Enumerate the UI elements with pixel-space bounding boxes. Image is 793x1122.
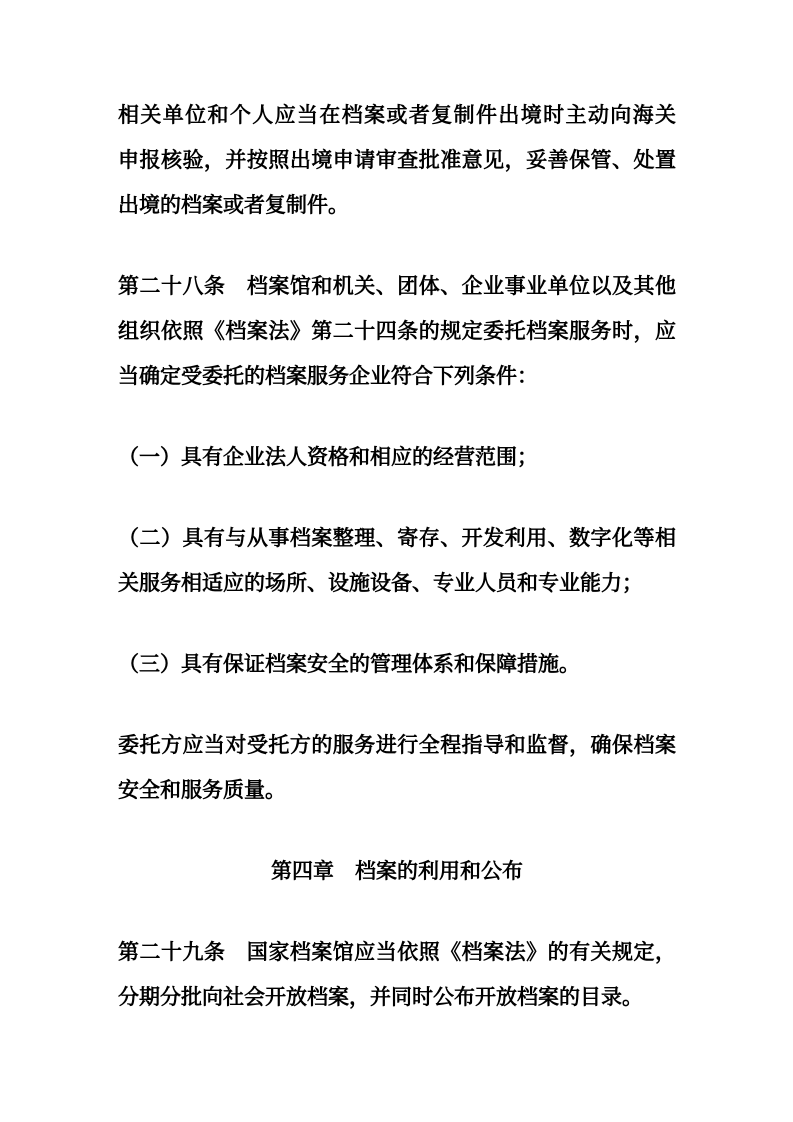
article-29-paragraph: 第二十九条 国家档案馆应当依照《档案法》的有关规定，分期分批向社会开放档案，并同… [118,930,676,1020]
paragraph-customs-declaration: 相关单位和个人应当在档案或者复制件出境时主动向海关申报核验，并按照出境申请审查批… [118,93,676,228]
article-28-paragraph-line-2: 组织依照《档案法》第二十四条的规定委托档案服务时，应 [118,309,676,354]
article-28-paragraph-line-3: 当确定受委托的档案服务企业符合下列条件： [118,354,676,399]
paragraph-supervision-line-1: 委托方应当对受托方的服务进行全程指导和监督，确保档案 [118,723,676,768]
condition-item-1-line-1: （一）具有企业法人资格和相应的经营范围； [118,435,676,480]
condition-item-2-line-1: （二）具有与从事档案整理、寄存、开发利用、数字化等相 [118,516,676,561]
chapter-4-heading-line-1: 第四章 档案的利用和公布 [118,849,676,894]
chapter-4-heading: 第四章 档案的利用和公布 [118,849,676,894]
article-29-paragraph-line-2: 分期分批向社会开放档案，并同时公布开放档案的目录。 [118,975,676,1020]
condition-item-3: （三）具有保证档案安全的管理体系和保障措施。 [118,642,676,687]
document-page: 相关单位和个人应当在档案或者复制件出境时主动向海关申报核验，并按照出境申请审查批… [0,0,793,1122]
paragraph-customs-declaration-line-3: 出境的档案或者复制件。 [118,183,676,228]
paragraph-supervision: 委托方应当对受托方的服务进行全程指导和监督，确保档案安全和服务质量。 [118,723,676,813]
condition-item-2-line-2: 关服务相适应的场所、设施设备、专业人员和专业能力； [118,561,676,606]
condition-item-2: （二）具有与从事档案整理、寄存、开发利用、数字化等相关服务相适应的场所、设施设备… [118,516,676,606]
paragraph-supervision-line-2: 安全和服务质量。 [118,768,676,813]
document-body: 相关单位和个人应当在档案或者复制件出境时主动向海关申报核验，并按照出境申请审查批… [0,0,793,1020]
paragraph-customs-declaration-line-1: 相关单位和个人应当在档案或者复制件出境时主动向海关 [118,93,676,138]
article-28-paragraph-line-1: 第二十八条 档案馆和机关、团体、企业事业单位以及其他 [118,264,676,309]
article-29-paragraph-line-1: 第二十九条 国家档案馆应当依照《档案法》的有关规定， [118,930,676,975]
paragraph-customs-declaration-line-2: 申报核验，并按照出境申请审查批准意见，妥善保管、处置 [118,138,676,183]
article-28-paragraph: 第二十八条 档案馆和机关、团体、企业事业单位以及其他组织依照《档案法》第二十四条… [118,264,676,399]
condition-item-3-line-1: （三）具有保证档案安全的管理体系和保障措施。 [118,642,676,687]
condition-item-1: （一）具有企业法人资格和相应的经营范围； [118,435,676,480]
